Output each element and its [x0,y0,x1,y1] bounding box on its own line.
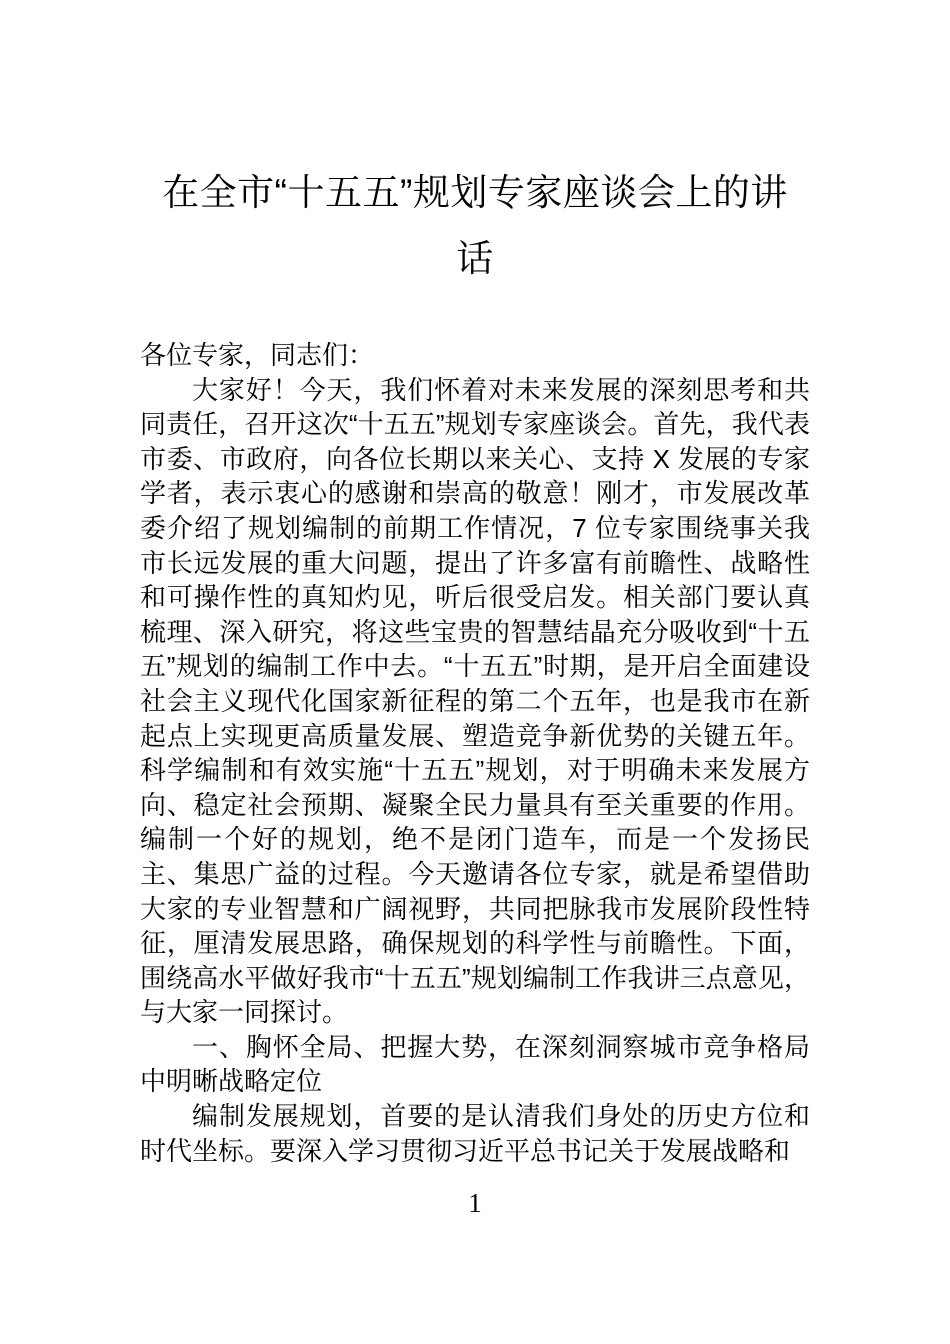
page-content: 在全市“十五五”规划专家座谈会上的讲 话 各位专家，同志们： 大家好！今天，我们… [0,160,950,1168]
document-body: 各位专家，同志们： 大家好！今天，我们怀着对未来发展的深刻思考和共同责任，召开这… [140,338,810,1168]
paragraph-introduction: 大家好！今天，我们怀着对未来发展的深刻思考和共同责任，召开这次“十五五”规划专家… [140,373,810,1030]
salutation-line: 各位专家，同志们： [140,338,810,373]
document-title: 在全市“十五五”规划专家座谈会上的讲 话 [140,160,810,292]
section-heading-1: 一、胸怀全局、把握大势，在深刻洞察城市竞争格局中明晰战略定位 [140,1030,810,1099]
page-number: 1 [0,1188,950,1218]
document-page: 在全市“十五五”规划专家座谈会上的讲 话 各位专家，同志们： 大家好！今天，我们… [0,0,950,1344]
paragraph-section-1-body: 编制发展规划，首要的是认清我们身处的历史方位和时代坐标。要深入学习贯彻习近平总书… [140,1099,810,1168]
document-title-line-1: 在全市“十五五”规划专家座谈会上的讲 [140,160,810,226]
document-title-line-2: 话 [140,226,810,292]
